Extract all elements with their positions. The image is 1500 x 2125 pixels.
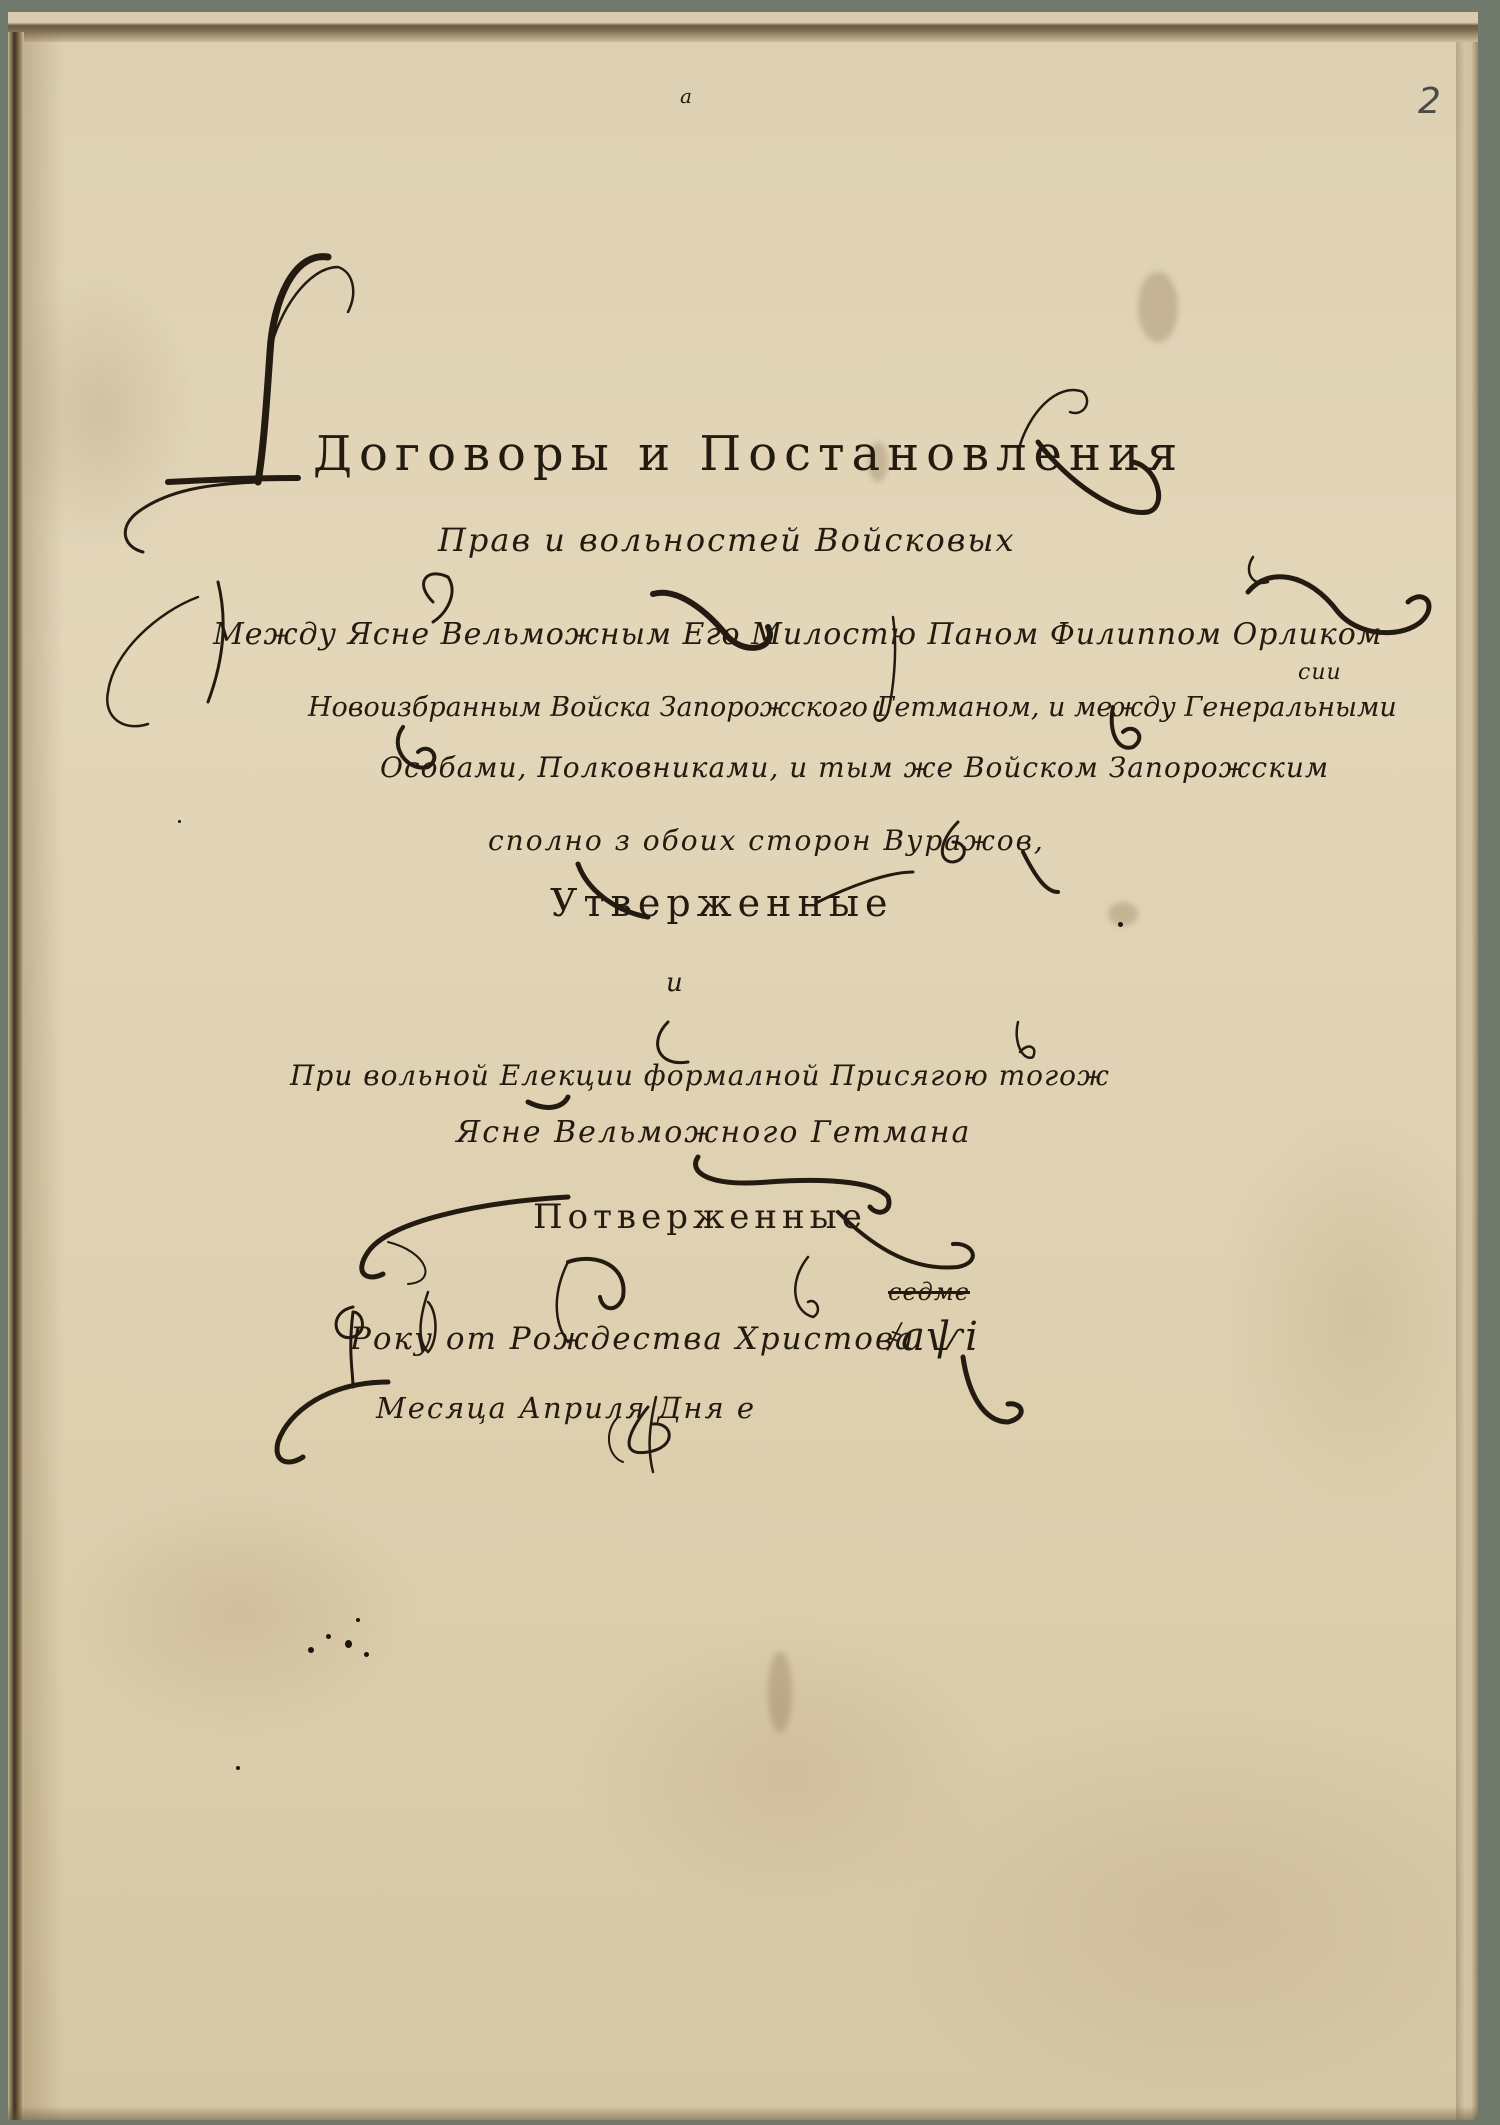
- conjunction-and: и: [666, 970, 684, 996]
- water-stain: [768, 1652, 792, 1732]
- ink-blot: [236, 1766, 240, 1770]
- folio-number: 2: [1418, 84, 1442, 120]
- ink-blot: [308, 1647, 314, 1653]
- top-edge-fold: [8, 12, 1478, 42]
- water-stain: [1108, 902, 1138, 926]
- confirmed-heading-1: Утверженные: [550, 884, 894, 922]
- date-line-1: Року от Рождества Христова: [350, 1324, 916, 1355]
- title-line-1: Договоры и Постановления: [313, 430, 1184, 478]
- oath-line-2: Ясне Вельможного Гетмана: [456, 1118, 971, 1148]
- gutter-shadow: [24, 32, 64, 2120]
- ink-blot: [356, 1618, 360, 1622]
- body-line-4: сполно з обоих сторон Вуражов,: [488, 827, 1045, 855]
- body-line-2: Новоизбранным Войска Запорожского Гетман…: [308, 694, 1397, 721]
- title-line-2: Прав и вольностей Войсковых: [438, 524, 1015, 556]
- binding-edge: [8, 32, 24, 2120]
- quire-signature-mark: а: [680, 86, 693, 106]
- ink-blot: [345, 1640, 352, 1648]
- manuscript-page: 2 а Договоры и Постановления Прав и воль…: [8, 12, 1478, 2120]
- water-stain: [1138, 272, 1178, 342]
- ink-blot: [178, 820, 181, 823]
- date-year: ҂аѱі: [888, 1317, 980, 1357]
- ink-blot: [364, 1652, 369, 1657]
- oath-line-1: При вольной Елекции формалной Присягою т…: [290, 1062, 1110, 1090]
- confirmed-heading-2: Потверженные: [533, 1200, 867, 1234]
- ink-blot: [1118, 922, 1123, 927]
- interlinear-insert: сии: [1298, 662, 1342, 684]
- bottom-page-edge: [8, 2106, 1478, 2120]
- right-page-edge: [1456, 42, 1478, 2120]
- body-line-1: Между Ясне Вельможным Его Милостю Паном …: [213, 620, 1383, 650]
- ink-blot: [326, 1634, 331, 1639]
- struck-word: седме: [888, 1280, 970, 1304]
- body-line-3: Особами, Полковниками, и тым же Войском …: [380, 754, 1329, 782]
- date-line-2: Месяца Априля Дня е: [376, 1394, 756, 1423]
